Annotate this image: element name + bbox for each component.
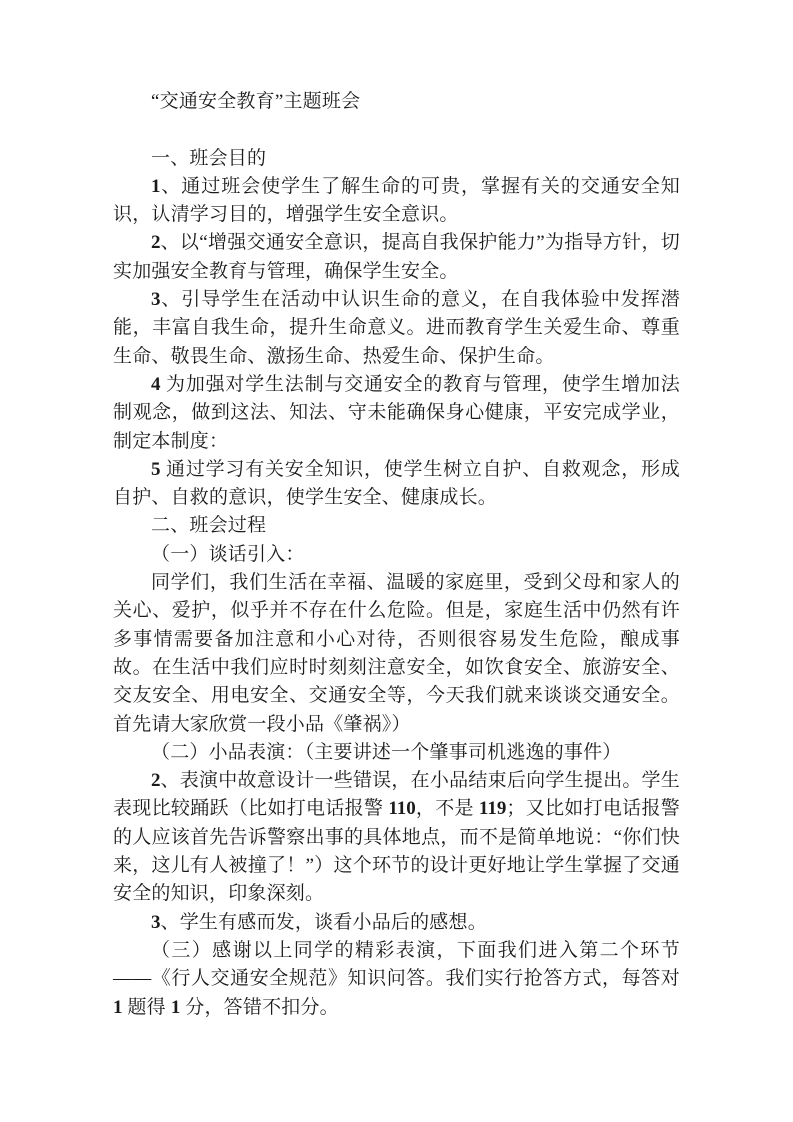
numeral: 2 xyxy=(151,232,161,253)
numeral: 1 xyxy=(151,176,161,197)
paragraph: 2、以“增强交通安全意识，提高自我保护能力”为指导方针，切实加强安全教育与管理，… xyxy=(113,229,680,286)
paragraph: 同学们，我们生活在幸福、温暖的家庭里，受到父母和家人的关心、爱护，似乎并不存在什… xyxy=(113,569,680,739)
paragraph: 3、引导学生在活动中认识生命的意义，在自我体验中发挥潜能，丰富自我生命，提升生命… xyxy=(113,286,680,371)
paragraph: 2、表演中故意设计一些错误，在小品结束后向学生提出。学生表现比较踊跃（比如打电话… xyxy=(113,767,680,908)
paragraph: 3、学生有感而发，谈看小品后的感想。 xyxy=(113,909,680,937)
paragraph-list: 一、班会目的1、通过班会使学生了解生命的可贵，掌握有关的交通安全知识，认清学习目… xyxy=(113,145,680,1022)
numeral: 3 xyxy=(151,289,161,310)
document-page: “交通安全教育”主题班会 一、班会目的1、通过班会使学生了解生命的可贵，掌握有关… xyxy=(0,0,793,1122)
document-title: “交通安全教育”主题班会 xyxy=(113,88,680,116)
numeral: 5 xyxy=(151,459,161,480)
numeral: 1 xyxy=(171,997,181,1018)
numeral: 4 xyxy=(151,374,161,395)
paragraph: 一、班会目的 xyxy=(113,145,680,173)
numeral: 119 xyxy=(479,798,506,819)
paragraph: 二、班会过程 xyxy=(113,512,680,540)
paragraph: （三）感谢以上同学的精彩表演，下面我们进入第二个环节——《行人交通安全规范》知识… xyxy=(113,937,680,1022)
paragraph: 4 为加强对学生法制与交通安全的教育与管理，使学生增加法制观念，做到这法、知法、… xyxy=(113,371,680,456)
paragraph: 5 通过学习有关安全知识，使学生树立自护、自救观念，形成自护、自救的意识，使学生… xyxy=(113,456,680,513)
paragraph: （一）谈话引入： xyxy=(113,541,680,569)
numeral: 2 xyxy=(151,770,161,791)
paragraph: （二）小品表演：（主要讲述一个肇事司机逃逸的事件） xyxy=(113,739,680,767)
numeral: 3 xyxy=(151,912,161,933)
document-content: “交通安全教育”主题班会 一、班会目的1、通过班会使学生了解生命的可贵，掌握有关… xyxy=(113,88,680,1022)
numeral: 110 xyxy=(388,798,415,819)
paragraph: 1、通过班会使学生了解生命的可贵，掌握有关的交通安全知识，认清学习目的，增强学生… xyxy=(113,173,680,230)
numeral: 1 xyxy=(113,997,123,1018)
